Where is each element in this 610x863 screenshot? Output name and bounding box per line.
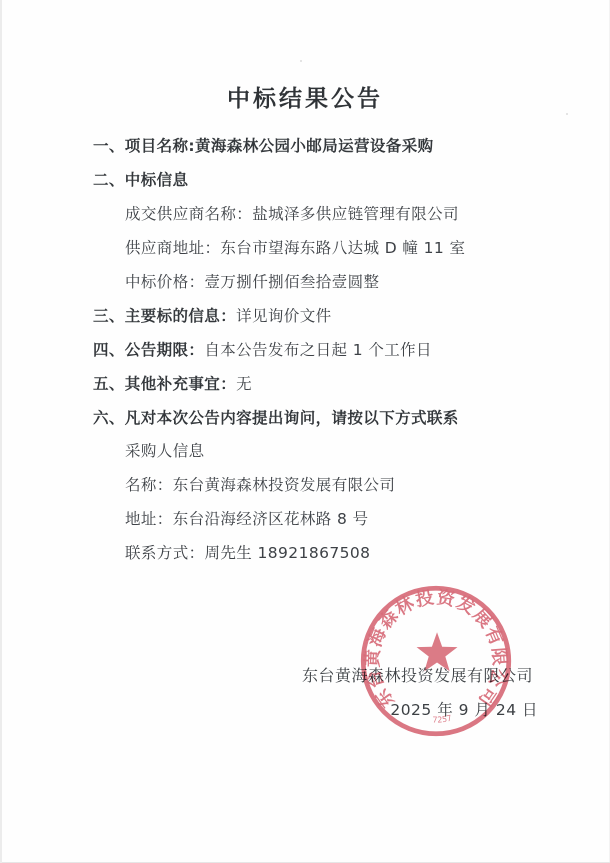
item-other-matters-label: 五、其他补充事宜：	[93, 375, 236, 393]
company-seal-graphic: 东台黄海森林投资发展有限公司 7257	[354, 579, 518, 743]
item-announcement-period: 四、公告期限：自本公告发布之日起 1 个工作日	[93, 340, 432, 360]
item-other-matters-value: 无	[236, 375, 252, 393]
item-subject-info-label: 三、主要标的信息：	[93, 307, 236, 325]
page-title: 中标结果公告	[0, 80, 610, 113]
item-announcement-period-value: 自本公告发布之日起 1 个工作日	[204, 341, 432, 359]
purchaser-name-line: 名称：东台黄海森林投资发展有限公司	[125, 475, 395, 495]
supplier-address-line: 供应商地址：东台市望海东路八达城 D 幢 11 室	[125, 238, 465, 258]
seal-number-holder: 7257	[433, 713, 453, 725]
item-subject-info: 三、主要标的信息：详见询价文件	[93, 306, 332, 326]
item-inquiry-contact: 六、凡对本次公告内容提出询问，请按以下方式联系	[93, 408, 459, 428]
item-announcement-period-label: 四、公告期限：	[93, 341, 204, 359]
item-other-matters: 五、其他补充事宜：无	[93, 374, 252, 394]
item-project-name: 一、项目名称:黄海森林公园小邮局运营设备采购	[93, 136, 434, 156]
supplier-name-line: 成交供应商名称：盐城泽多供应链管理有限公司	[125, 204, 459, 224]
purchaser-address-line: 地址：东台沿海经济区花林路 8 号	[125, 509, 369, 529]
scan-speck	[566, 113, 568, 115]
scan-speck	[152, 241, 154, 243]
purchaser-contact-line: 联系方式：周先生 18921867508	[125, 543, 370, 563]
company-seal: 东台黄海森林投资发展有限公司 7257	[354, 579, 518, 743]
document-page: 中标结果公告 一、项目名称:黄海森林公园小邮局运营设备采购 二、中标信息 成交供…	[0, 0, 610, 863]
seal-number: 7257	[433, 713, 453, 725]
scan-speck	[300, 60, 302, 62]
item-subject-info-value: 详见询价文件	[236, 307, 331, 325]
seal-star-icon	[417, 632, 458, 671]
item-bid-info-header: 二、中标信息	[93, 170, 188, 190]
bid-price-line: 中标价格：壹万捌仟捌佰叁拾壹圆整	[125, 272, 379, 292]
purchaser-info-header: 采购人信息	[125, 441, 205, 461]
